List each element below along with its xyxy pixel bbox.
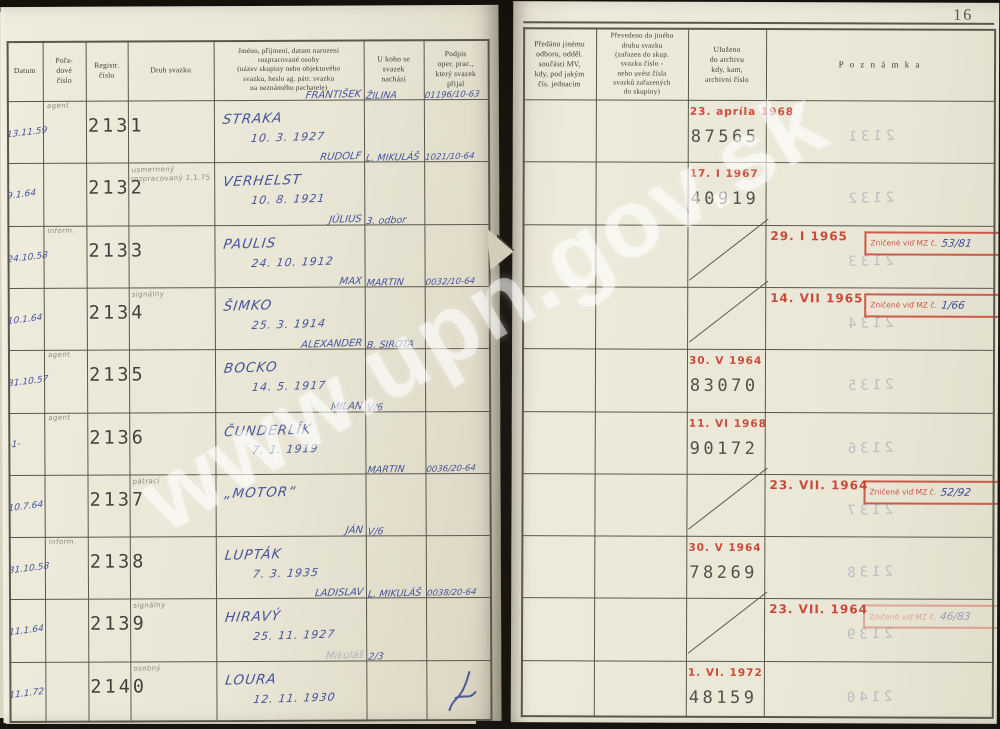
archive-date-stamp: 30. V 1964	[688, 542, 761, 554]
birth-date: 24. 10. 1912	[251, 254, 335, 270]
entry-date: 10.7.64	[8, 500, 43, 514]
column-header-datum: Datum	[7, 41, 43, 101]
archive-date-stamp: 1. VI. 1972	[688, 666, 763, 678]
pencil-note: agent	[48, 351, 71, 361]
destroyed-stamp: Zničené viď MZ č.53/81	[864, 231, 999, 255]
destroyed-stamp-label: Zničené viď MZ č.	[869, 612, 936, 621]
destroyed-stamp-number: 1/66	[940, 300, 965, 312]
file-holder: L. MIKULÁŠ	[367, 588, 422, 601]
pencil-note: agent	[48, 413, 71, 423]
registration-number-stamp: 2136	[89, 427, 146, 448]
archive-date-stamp: 30. V 1964	[689, 355, 762, 367]
pencil-note: osobný	[133, 664, 161, 674]
registry-ledger-scan: Datum Pořa- dové číslo Registr. číslo Dr…	[0, 0, 1000, 729]
surname: LUPTÁK	[224, 546, 283, 564]
archive-date-stamp: 29. I 1965	[770, 229, 848, 243]
bleed-through-number: 2139	[843, 626, 893, 644]
surname: ČUNDERLÍK	[223, 421, 312, 440]
bleed-through-number: 2137	[843, 501, 893, 519]
birth-date: 10. 3. 1927	[250, 130, 326, 145]
first-name: ALEXANDER	[233, 338, 363, 353]
archive-row: 14. VII 1965Zničené viď MZ č.1/662134	[512, 286, 998, 351]
bleed-through-number: 2135	[844, 377, 894, 395]
pencil-note: agent	[46, 102, 69, 112]
archive-date-stamp: 11. VI 1968	[689, 417, 767, 429]
registration-number-stamp: 2131	[88, 115, 145, 136]
archive-number-stamp: 83070	[690, 376, 759, 396]
birth-date: 12. 11. 1930	[252, 690, 336, 706]
surname: STRAKA	[222, 110, 284, 128]
archive-row: 17. I 1967409192132	[512, 161, 998, 226]
birth-date: 7. 3. 1935	[252, 566, 320, 581]
birth-date: 14. 5. 1917	[251, 379, 327, 394]
pencil-note: inform.	[48, 538, 76, 548]
rule-line	[523, 21, 994, 25]
surname: LOURA	[224, 671, 277, 689]
bleed-through-number: 2132	[844, 190, 894, 208]
archive-date-stamp: 17. I 1967	[690, 168, 759, 180]
column-header-poradove-cislo: Pořa- dové číslo	[43, 41, 86, 101]
rule-line	[523, 27, 994, 31]
archive-row: 29. I 1965Zničené viď MZ č.53/812133	[512, 224, 998, 289]
registration-number-stamp: 2133	[88, 240, 145, 261]
archive-date-stamp: 14. VII 1965	[770, 291, 863, 305]
signature-flourish	[441, 662, 483, 723]
birth-date: 25. 11. 1927	[252, 628, 336, 644]
column-header-predano: Předáno jinému odboru, odděl. součásti M…	[523, 31, 596, 97]
bleed-through-number: 2134	[844, 315, 894, 333]
cancel-slash	[689, 280, 769, 342]
birth-date: 10. 8. 1921	[250, 192, 326, 207]
entry-date: 10.1.64	[7, 313, 42, 327]
destroyed-stamp-number: 52/92	[939, 486, 971, 498]
destroyed-stamp-label: Zničené viď MZ č.	[870, 301, 937, 310]
surname: „MOTOR“	[223, 484, 297, 502]
column-header-ulozeno: Uloženo do archivu kdy, kam, archivní čí…	[688, 32, 766, 98]
cancel-slash	[689, 218, 769, 280]
entry-date: 31.10.58	[9, 562, 50, 577]
registration-number-stamp: 2135	[89, 365, 146, 386]
entry-date: 11.1.64	[9, 624, 44, 638]
column-header-prevedeno: Převedeno do jiného druhu svazku (zařaze…	[596, 31, 688, 97]
archive-date-stamp: 23. VII. 1964	[769, 602, 868, 616]
birth-date: 25. 3. 1914	[251, 317, 327, 332]
birth-date: 7. 1. 1919	[251, 441, 319, 456]
destroyed-stamp-number: 53/81	[940, 237, 972, 249]
entry-date: 13.11.59	[7, 125, 48, 140]
archive-row: 30. V 1964830702135	[512, 348, 998, 413]
archive-number-stamp: 40919	[691, 189, 760, 209]
bleed-through-number: 2131	[845, 128, 895, 146]
archive-row: 23. VII. 1964Zničené viď MZ č.46/832139	[511, 598, 997, 663]
pencil-note: pátrací	[132, 477, 160, 487]
registration-number-stamp: 2138	[90, 552, 147, 573]
registration-number-stamp: 2140	[90, 676, 147, 697]
archive-date-stamp: 23. apríla 1968	[690, 106, 794, 118]
registration-number-stamp: 2137	[90, 489, 147, 510]
surname: BOCKO	[223, 359, 279, 377]
registration-number-stamp: 2139	[90, 614, 147, 635]
surname: ŠIMKO	[223, 297, 274, 314]
archive-row: 11. VI 1968901722136	[512, 411, 998, 476]
cancel-slash	[688, 467, 768, 529]
right-page: 16 Předáno jinému odboru, odděl. součást…	[511, 1, 1000, 724]
entry-date: 9.1.64	[7, 189, 36, 203]
archive-row: 30. V 1964782692138	[511, 535, 997, 600]
cancel-slash	[688, 592, 768, 654]
column-header-druh-svazku: Druh svazku	[128, 40, 214, 100]
bleed-through-number: 2136	[843, 439, 893, 457]
pencil-note: signálny	[131, 290, 164, 300]
column-header-poznamka: P o z n á m k a	[766, 32, 994, 99]
column-header-registr-cislo: Registr. číslo	[86, 41, 128, 101]
registration-number-stamp: 2134	[89, 302, 146, 323]
left-page: Datum Pořa- dové číslo Registr. číslo Dr…	[0, 5, 501, 723]
pencil-note: inform.	[47, 226, 75, 236]
bleed-through-number: 2140	[843, 688, 893, 706]
surname: HIRAVÝ	[224, 609, 282, 627]
archive-number-stamp: 78269	[689, 563, 758, 583]
entry-date: 31.10.57	[8, 375, 49, 390]
entry-date: 11.1.72	[9, 687, 44, 701]
archive-number-stamp: 48159	[689, 687, 758, 707]
archive-row: 23. apríla 1968875652131	[513, 99, 999, 164]
pencil-note: signálny	[133, 601, 166, 611]
surname: PAULIS	[222, 235, 277, 253]
archive-number-stamp: 87565	[691, 127, 760, 147]
file-holder: L. MIKULÁŠ	[365, 152, 420, 165]
destroyed-stamp-label: Zničené viď MZ č.	[870, 488, 937, 497]
destroyed-stamp-label: Zničené viď MZ č.	[870, 238, 937, 247]
first-name: RUDOLF	[232, 151, 362, 166]
surname: VERHELST	[222, 172, 303, 190]
archive-number-stamp: 90172	[690, 438, 759, 458]
bleed-through-number: 2138	[843, 564, 893, 582]
destroyed-stamp-number: 46/83	[939, 611, 971, 623]
bleed-through-number: 2133	[844, 252, 894, 270]
entry-date: 24.10.58	[7, 250, 48, 265]
registration-number-stamp: 2132	[88, 178, 145, 199]
archive-date-stamp: 23. VII. 1964	[770, 478, 869, 492]
first-name: LADISLAV	[234, 587, 364, 602]
archive-row: 1. VI. 1972481592140	[511, 660, 997, 724]
archive-row: 23. VII. 1964Zničené viď MZ č.52/922137	[511, 473, 997, 538]
